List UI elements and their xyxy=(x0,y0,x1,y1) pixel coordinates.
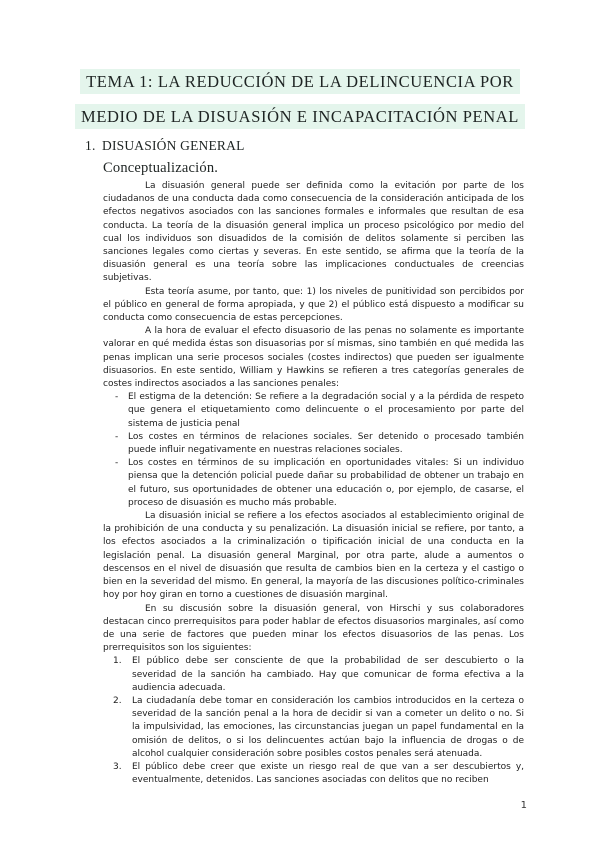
document-page: TEMA 1: LA REDUCCIÓN DE LA DELINCUENCIA … xyxy=(0,0,600,848)
numbered-list: 1. El público debe ser consciente de que… xyxy=(103,655,524,787)
item-text: El público debe creer que existe un ries… xyxy=(132,761,524,787)
document-body: La disuasión general puede ser definida … xyxy=(103,180,524,787)
bullet-marker: - xyxy=(115,431,128,457)
bullet-item: - Los costes en términos de relaciones s… xyxy=(103,431,524,457)
section-heading-text: DISUASIÓN GENERAL xyxy=(102,138,245,153)
paragraph-5: En su discusión sobre la disuasión gener… xyxy=(103,603,524,656)
subsection-heading: Conceptualización. xyxy=(103,160,600,177)
numbered-item: 2. La ciudadanía debe tomar en considera… xyxy=(103,695,524,761)
bullet-marker: - xyxy=(115,391,128,431)
item-number: 1. xyxy=(113,655,132,695)
bullet-text: Los costes en términos de relaciones soc… xyxy=(128,431,524,457)
paragraph-3: A la hora de evaluar el efecto disuasori… xyxy=(103,325,524,391)
numbered-item: 1. El público debe ser consciente de que… xyxy=(103,655,524,695)
bullet-marker: - xyxy=(115,457,128,510)
paragraph-2: Esta teoría asume, por tanto, que: 1) lo… xyxy=(103,286,524,326)
title-line-2: MEDIO DE LA DISUASIÓN E INCAPACITACIÓN P… xyxy=(0,99,600,134)
section-number: 1. xyxy=(85,138,102,154)
bullet-text: Los costes en términos de su implicación… xyxy=(128,457,524,510)
bullet-item: - Los costes en términos de su implicaci… xyxy=(103,457,524,510)
section-heading: 1.DISUASIÓN GENERAL xyxy=(85,138,600,154)
bullet-list: - El estigma de la detención: Se refiere… xyxy=(103,391,524,510)
bullet-text: El estigma de la detención: Se refiere a… xyxy=(128,391,524,431)
item-number: 2. xyxy=(113,695,132,761)
paragraph-4: La disuasión inicial se refiere a los ef… xyxy=(103,510,524,602)
page-number: 1 xyxy=(521,800,527,811)
numbered-item: 3. El público debe creer que existe un r… xyxy=(103,761,524,787)
item-text: La ciudadanía debe tomar en consideració… xyxy=(132,695,524,761)
paragraph-1: La disuasión general puede ser definida … xyxy=(103,180,524,286)
document-title: TEMA 1: LA REDUCCIÓN DE LA DELINCUENCIA … xyxy=(0,64,600,134)
item-text: El público debe ser consciente de que la… xyxy=(132,655,524,695)
bullet-item: - El estigma de la detención: Se refiere… xyxy=(103,391,524,431)
title-line-1: TEMA 1: LA REDUCCIÓN DE LA DELINCUENCIA … xyxy=(0,64,600,99)
item-number: 3. xyxy=(113,761,132,787)
